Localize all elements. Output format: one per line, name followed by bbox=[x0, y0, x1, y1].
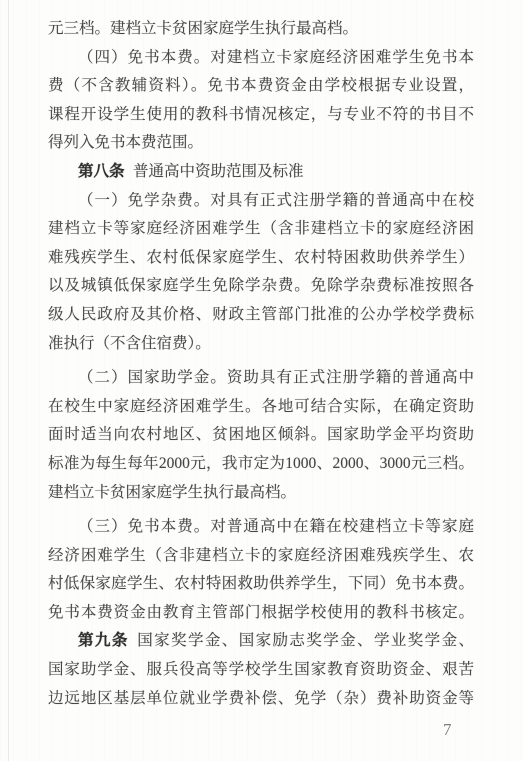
text-line: 建档立卡贫困家庭学生执行最高档。 bbox=[48, 479, 474, 508]
article-8-heading: 第八条普通高中资助范围及标准 bbox=[48, 158, 474, 187]
article-number: 第九条 bbox=[78, 632, 129, 649]
text-line: 得列入免书本费范围。 bbox=[48, 129, 474, 158]
text-line: 边远地区基层单位就业学费补偿、免学（杂）费补助资金等 bbox=[48, 685, 474, 714]
text-line: 第九条国家奖学金、国家励志奖学金、学业奖学金、 bbox=[48, 627, 474, 656]
article-number: 第八条 bbox=[78, 163, 125, 180]
text-line: 难残疾学生、农村低保家庭学生、农村特困救助供养学生） bbox=[48, 244, 474, 273]
text-line: 第八条普通高中资助范围及标准 bbox=[48, 158, 474, 187]
article-9-text: 国家奖学金、国家励志奖学金、学业奖学金、 bbox=[137, 632, 474, 649]
paragraph-item-2: （二）国家助学金。资助具有正式注册学籍的普通高中 在校生中家庭经济困难学生。各地… bbox=[48, 364, 474, 507]
text-line: 经济困难学生（含非建档立卡的家庭经济困难残疾学生、农 bbox=[48, 542, 474, 571]
text-line: 免书本费资金由教育主管部门根据学校使用的教科书核定。 bbox=[48, 599, 474, 628]
text-line: 建档立卡等家庭经济困难学生（含非建档立卡的家庭经济困 bbox=[48, 215, 474, 244]
text-line: 费（不含教辅资料）。免书本费资金由学校根据专业设置， bbox=[48, 72, 474, 101]
paragraph-item-1: （一）免学杂费。对具有正式注册学籍的普通高中在校 建档立卡等家庭经济困难学生（含… bbox=[48, 187, 474, 359]
text-line: 标准为每生每年2000元，我市定为1000、2000、3000元三档。 bbox=[48, 450, 474, 479]
paragraph-continuation: 元三档。建档立卡贫困家庭学生执行最高档。 bbox=[48, 15, 474, 44]
text-line: 元三档。建档立卡贫困家庭学生执行最高档。 bbox=[48, 15, 474, 44]
text-line: （一）免学杂费。对具有正式注册学籍的普通高中在校 bbox=[48, 187, 474, 216]
paragraph-item-3: （三）免书本费。对普通高中在籍在校建档立卡等家庭 经济困难学生（含非建档立卡的家… bbox=[48, 513, 474, 627]
text-line: 在校生中家庭经济困难学生。各地可结合实际，在确定资助 bbox=[48, 393, 474, 422]
text-line: 以及城镇低保家庭学生免除学杂费。免除学杂费标准按照各 bbox=[48, 272, 474, 301]
paragraph-item-4: （四）免书本费。对建档立卡家庭经济困难学生免书本 费（不含教辅资料）。免书本费资… bbox=[48, 44, 474, 158]
text-block: 元三档。建档立卡贫困家庭学生执行最高档。 （四）免书本费。对建档立卡家庭经济困难… bbox=[48, 15, 474, 713]
article-9-paragraph: 第九条国家奖学金、国家励志奖学金、学业奖学金、 国家助学金、服兵役高等学校学生国… bbox=[48, 627, 474, 713]
text-line: 村低保家庭学生、农村特困救助供养学生，下同）免书本费。 bbox=[48, 570, 474, 599]
text-line: （二）国家助学金。资助具有正式注册学籍的普通高中 bbox=[48, 364, 474, 393]
text-line: 准执行（不含住宿费）。 bbox=[48, 330, 474, 359]
text-line: 国家助学金、服兵役高等学校学生国家教育资助资金、艰苦 bbox=[48, 656, 474, 685]
text-line: （三）免书本费。对普通高中在籍在校建档立卡等家庭 bbox=[48, 513, 474, 542]
text-line: 面时适当向农村地区、贫困地区倾斜。国家助学金平均资助 bbox=[48, 421, 474, 450]
scan-line-artifact bbox=[8, 0, 9, 761]
article-title: 普通高中资助范围及标准 bbox=[133, 163, 304, 180]
document-page: 元三档。建档立卡贫困家庭学生执行最高档。 （四）免书本费。对建档立卡家庭经济困难… bbox=[0, 0, 524, 761]
text-line: 课程开设学生使用的教科书情况核定，与专业不符的书目不 bbox=[48, 101, 474, 130]
text-line: 级人民政府及其价格、财政主管部门批准的公办学校学费标 bbox=[48, 301, 474, 330]
page-number: 7 bbox=[443, 720, 453, 740]
text-line: （四）免书本费。对建档立卡家庭经济困难学生免书本 bbox=[48, 44, 474, 73]
